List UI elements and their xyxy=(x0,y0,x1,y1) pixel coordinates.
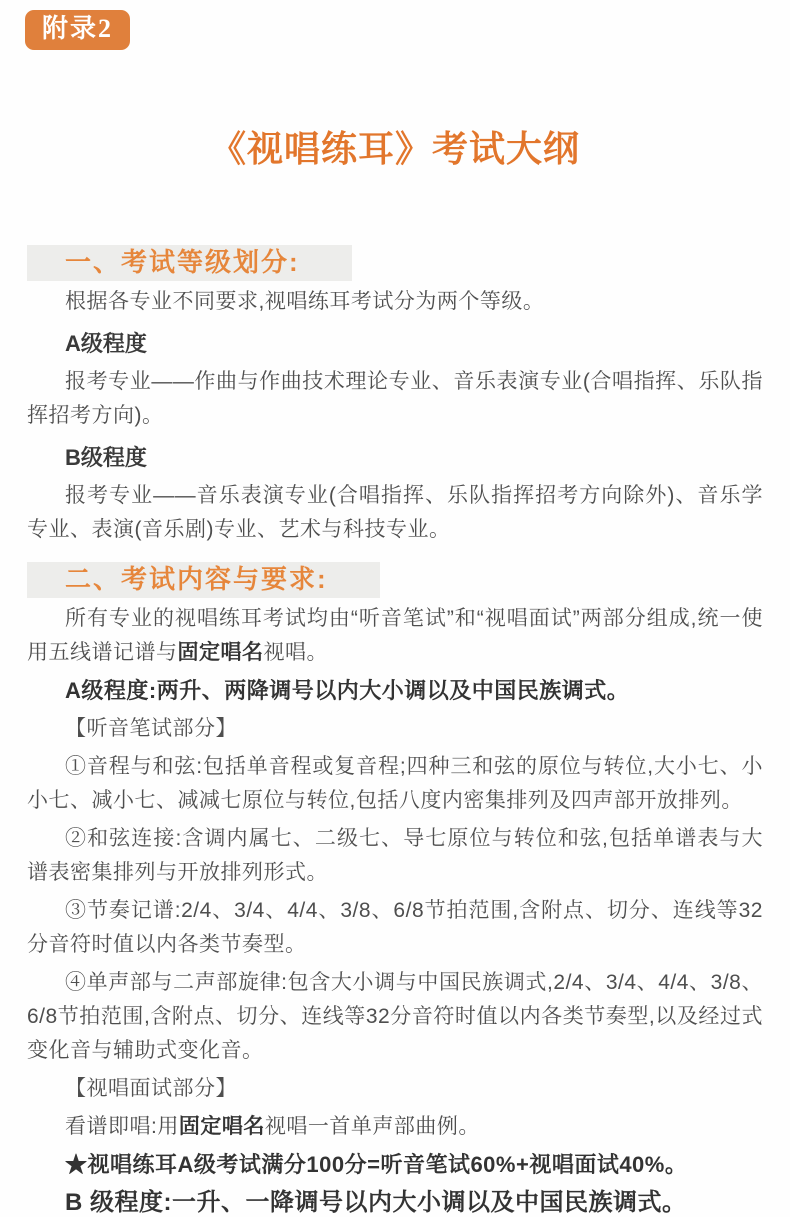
section2-intro: 所有专业的视唱练耳考试均由“听音笔试”和“视唱面试”两部分组成,统一使用五线谱记… xyxy=(27,602,763,670)
document-body: 一、考试等级划分: 根据各专业不同要求,视唱练耳考试分为两个等级。 A级程度 报… xyxy=(27,245,763,1217)
level-a-requirement: A级程度:两升、两降调号以内大小调以及中国民族调式。 xyxy=(27,674,763,708)
level-b-requirement: B 级程度:一升、一降调号以内大小调以及中国民族调式。 xyxy=(27,1186,763,1217)
sight-singing-pre: 看谱即唱:用 xyxy=(65,1115,179,1138)
section1-heading: 一、考试等级划分: xyxy=(27,245,352,281)
exam-item-melody: ④单声部与二声部旋律:包含大小调与中国民族调式,2/4、3/4、4/4、3/8、… xyxy=(27,966,763,1068)
level-b-heading: B级程度 xyxy=(27,441,763,475)
section1-intro: 根据各专业不同要求,视唱练耳考试分为两个等级。 xyxy=(27,285,763,319)
section2-heading: 二、考试内容与要求: xyxy=(27,562,380,598)
document-page: 附录2 《视唱练耳》考试大纲 一、考试等级划分: 根据各专业不同要求,视唱练耳考… xyxy=(0,0,790,1217)
exam-item-chord-progression: ②和弦连接:含调内属七、二级七、导七原位与转位和弦,包括单谱表与大谱表密集排列与… xyxy=(27,822,763,890)
section2-intro-pre: 所有专业的视唱练耳考试均由“听音笔试”和“视唱面试”两部分组成,统一使用五线谱记… xyxy=(27,607,763,664)
appendix-badge: 附录2 xyxy=(25,10,130,50)
exam-item-rhythm-notation: ③节奏记谱:2/4、3/4、4/4、3/8、6/8节拍范围,含附点、切分、连线等… xyxy=(27,894,763,962)
fixed-do-term: 固定唱名 xyxy=(179,1115,265,1138)
fixed-do-term: 固定唱名 xyxy=(178,641,264,664)
level-a-body: 报考专业——作曲与作曲技术理论专业、音乐表演专业(合唱指挥、乐队指挥招考方向)。 xyxy=(27,365,763,433)
exam-item-intervals-chords: ①音程与和弦:包括单音程或复音程;四种三和弦的原位与转位,大小七、小小七、减小七… xyxy=(27,750,763,818)
section2-intro-post: 视唱。 xyxy=(264,641,329,664)
written-part-label: 【听音笔试部分】 xyxy=(27,712,763,746)
level-a-heading: A级程度 xyxy=(27,327,763,361)
sight-singing-post: 视唱一首单声部曲例。 xyxy=(265,1115,480,1138)
sight-singing-line: 看谱即唱:用固定唱名视唱一首单声部曲例。 xyxy=(27,1110,763,1144)
document-title: 《视唱练耳》考试大纲 xyxy=(0,125,790,173)
level-b-body: 报考专业——音乐表演专业(合唱指挥、乐队指挥招考方向除外)、音乐学专业、表演(音… xyxy=(27,479,763,547)
oral-part-label: 【视唱面试部分】 xyxy=(27,1072,763,1106)
score-formula: ★视唱练耳A级考试满分100分=听音笔试60%+视唱面试40%。 xyxy=(27,1148,763,1182)
